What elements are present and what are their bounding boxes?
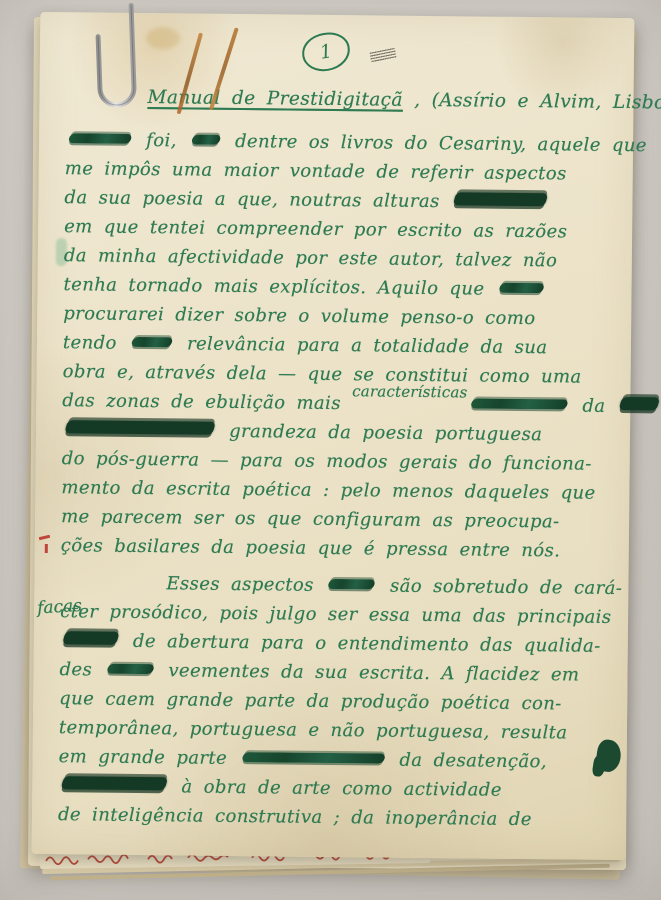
handwritten-text: obra e, através dela — que se constitui … <box>63 361 582 387</box>
handwritten-text: relevância para a totalidade da sua <box>176 333 548 358</box>
handwritten-text: tendo <box>63 332 128 354</box>
crossed-out-text <box>62 631 119 645</box>
handwritten-text: foi, <box>135 130 188 152</box>
handwritten-text: procurarei dizer sobre o volume penso-o … <box>63 303 535 329</box>
handwritten-text: Esses aspectos <box>166 573 325 596</box>
handwritten-text: das zonas de ebulição mais <box>62 390 352 414</box>
crossed-out-text <box>498 283 545 293</box>
handwritten-text: temporânea, portuguesa e não portuguesa,… <box>59 717 568 743</box>
crossed-out-text <box>453 192 548 206</box>
handwritten-text: de inteligência construtiva ; da inoperâ… <box>58 804 532 830</box>
handwritten-text: da sua poesia a que, noutras alturas <box>64 187 451 212</box>
handwritten-text: de abertura para o entendimento das qual… <box>122 631 601 657</box>
crossed-out-text <box>64 420 215 435</box>
crossed-out-text <box>619 397 660 410</box>
handwritten-text: da <box>571 395 617 416</box>
handwritten-text: características <box>352 377 468 407</box>
crossed-out-text <box>131 337 174 347</box>
handwritten-text: dentre os livros do Cesariny, aquele que <box>224 131 647 156</box>
crossed-out-text <box>328 579 377 589</box>
handwritten-text: são sobretudo de cará- <box>379 575 623 599</box>
paper-stain <box>146 27 180 49</box>
handwritten-text: me impôs uma maior vontade de referir as… <box>65 158 567 184</box>
manuscript: Manual de Prestidigitaçã , (Assírio e Al… <box>32 82 634 835</box>
handwritten-text: tenha tornado mais explícitos. Aquilo qu… <box>63 274 495 300</box>
photo-background: 1 facas Manual de Prestidigitaçã , (Assí… <box>0 0 661 900</box>
paragraph-1: foi, dentre os livros do Cesariny, aquel… <box>61 125 622 566</box>
handwritten-text: cter prosódico, pois julgo ser essa uma … <box>60 601 612 628</box>
crossed-out-text <box>241 752 386 763</box>
circled-page-number: 1 <box>299 29 353 74</box>
handwritten-text: que caem grande parte da produção poétic… <box>59 688 562 714</box>
handwritten-text: veementes da sua escrita. A flacidez em <box>157 660 579 685</box>
handwritten-text: ções basilares da poesia que é pressa en… <box>61 535 561 561</box>
handwritten-text: à obra de arte como actividade <box>170 776 502 800</box>
manuscript-page: 1 facas Manual de Prestidigitaçã , (Assí… <box>32 12 635 860</box>
handwritten-text: me parecem ser os que configuram as preo… <box>61 506 560 532</box>
pencil-scribble <box>369 48 396 62</box>
crossed-out-text <box>61 776 168 790</box>
handwritten-text: do pós-guerra — para os modos gerais do … <box>62 448 592 475</box>
crossed-out-text <box>106 664 155 674</box>
handwritten-text: grandeza da poesia portuguesa <box>218 421 542 445</box>
page-number-text: 1 <box>318 40 334 64</box>
crossed-out-text <box>68 133 133 144</box>
manuscript-line: de inteligência construtiva ; da inoperâ… <box>58 800 614 835</box>
handwritten-text: , (Assírio e Alvim, Lisboa, 1981) <box>403 90 661 115</box>
crossed-out-text <box>470 398 569 409</box>
paper-clip-icon <box>84 0 150 123</box>
handwritten-text: em que tentei compreender por escrito as… <box>64 216 567 242</box>
handwritten-text: des <box>59 659 103 680</box>
handwritten-text: em grande parte <box>59 746 239 769</box>
handwritten-text: da desatenção, <box>388 750 547 773</box>
paragraph-2: Esses aspectos são sobretudo de cará-cte… <box>58 568 617 835</box>
handwritten-text: da minha afectividade por este autor, ta… <box>64 245 558 271</box>
handwritten-text: mento da escrita poética : pelo menos da… <box>61 477 595 504</box>
manuscript-line: ções basilares da poesia que é pressa en… <box>61 531 617 566</box>
crossed-out-text <box>191 135 222 145</box>
